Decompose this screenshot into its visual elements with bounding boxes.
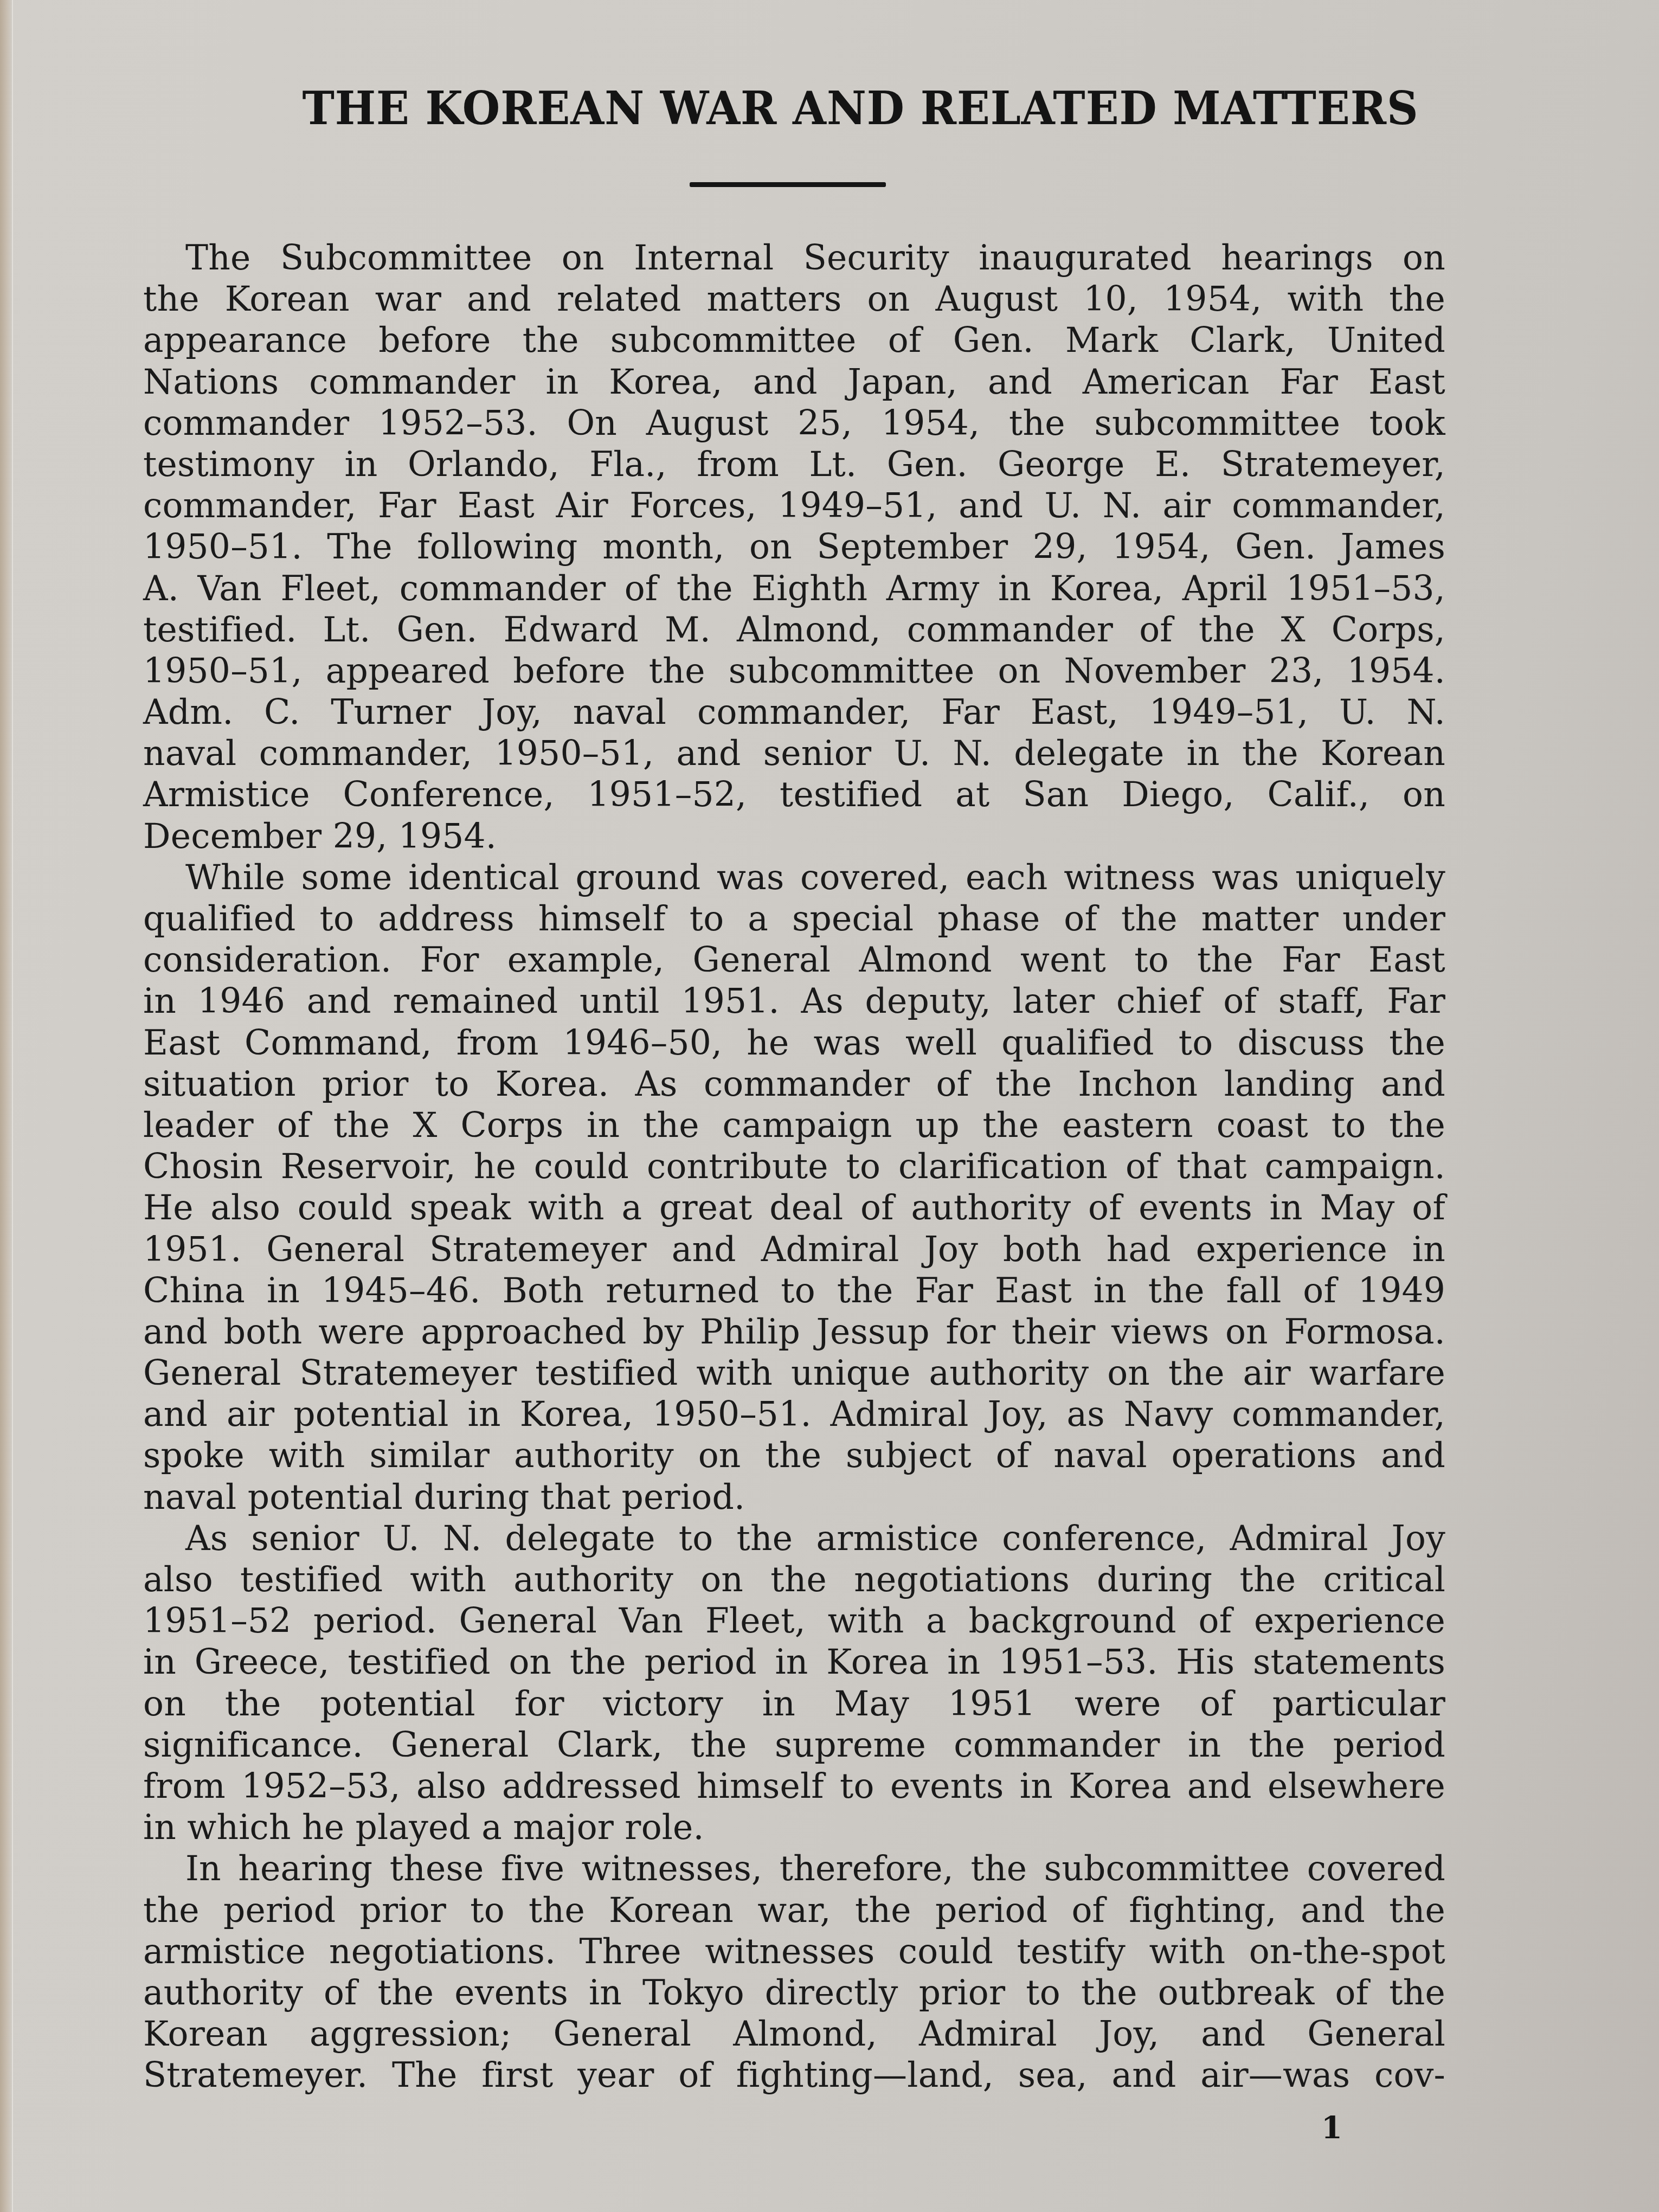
- page-number: 1: [1321, 2110, 1342, 2146]
- text-line: the period prior to the Korean war, the …: [143, 1890, 1445, 1931]
- text-line: appearance before the subcommittee of Ge…: [143, 320, 1445, 361]
- paragraph-2: While some identical ground was covered,…: [143, 857, 1445, 1518]
- text-line: situation prior to Korea. As commander o…: [143, 1064, 1445, 1105]
- text-line: naval potential during that period.: [143, 1477, 1445, 1518]
- document-page: THE KOREAN WAR AND RELATED MATTERS The S…: [0, 0, 1659, 2212]
- text-line: The Subcommittee on Internal Security in…: [143, 237, 1445, 279]
- text-line: naval commander, 1950–51, and senior U. …: [143, 733, 1445, 774]
- text-line: testimony in Orlando, Fla., from Lt. Gen…: [143, 444, 1445, 485]
- text-line: consideration. For example, General Almo…: [143, 940, 1445, 981]
- text-line: in Greece, testified on the period in Ko…: [143, 1642, 1445, 1683]
- text-line: the Korean war and related matters on Au…: [143, 279, 1445, 320]
- text-line: Stratemeyer. The first year of fighting—…: [143, 2055, 1445, 2096]
- text-line: East Command, from 1946–50, he was well …: [143, 1023, 1445, 1064]
- text-line: A. Van Fleet, commander of the Eighth Ar…: [143, 568, 1445, 609]
- text-line: authority of the events in Tokyo directl…: [143, 1972, 1445, 2014]
- text-line: on the potential for victory in May 1951…: [143, 1683, 1445, 1725]
- title-rule-divider: [690, 182, 886, 187]
- text-line: and air potential in Korea, 1950–51. Adm…: [143, 1394, 1445, 1435]
- text-line: commander, Far East Air Forces, 1949–51,…: [143, 485, 1445, 526]
- paragraph-1: The Subcommittee on Internal Security in…: [143, 237, 1445, 857]
- paragraph-3: As senior U. N. delegate to the armistic…: [143, 1518, 1445, 1849]
- text-line: Nations commander in Korea, and Japan, a…: [143, 362, 1445, 403]
- page-title: THE KOREAN WAR AND RELATED MATTERS: [42, 81, 1618, 135]
- text-line: spoke with similar authority on the subj…: [143, 1435, 1445, 1476]
- text-line: Adm. C. Turner Joy, naval commander, Far…: [143, 692, 1445, 733]
- text-line: General Stratemeyer testified with uniqu…: [143, 1353, 1445, 1394]
- text-line: qualified to address himself to a specia…: [143, 898, 1445, 940]
- text-line: in 1946 and remained until 1951. As depu…: [143, 981, 1445, 1022]
- text-line: and both were approached by Philip Jessu…: [143, 1311, 1445, 1353]
- text-line: armistice negotiations. Three witnesses …: [143, 1931, 1445, 1972]
- text-line: 1950–51. The following month, on Septemb…: [143, 526, 1445, 568]
- text-line: 1951. General Stratemeyer and Admiral Jo…: [143, 1229, 1445, 1270]
- page-edge: [0, 0, 13, 2212]
- text-line: 1951–52 period. General Van Fleet, with …: [143, 1600, 1445, 1642]
- text-line: December 29, 1954.: [143, 816, 1445, 857]
- text-line: significance. General Clark, the supreme…: [143, 1725, 1445, 1766]
- text-line: He also could speak with a great deal of…: [143, 1187, 1445, 1229]
- text-line: in which he played a major role.: [143, 1807, 1445, 1848]
- text-line: leader of the X Corps in the campaign up…: [143, 1105, 1445, 1146]
- text-line: China in 1945–46. Both returned to the F…: [143, 1270, 1445, 1311]
- text-line: As senior U. N. delegate to the armistic…: [143, 1518, 1445, 1559]
- text-line: Armistice Conference, 1951–52, testified…: [143, 774, 1445, 815]
- text-line: While some identical ground was covered,…: [143, 857, 1445, 898]
- text-line: Chosin Reservoir, he could contribute to…: [143, 1146, 1445, 1187]
- text-line: also testified with authority on the neg…: [143, 1559, 1445, 1600]
- text-line: testified. Lt. Gen. Edward M. Almond, co…: [143, 609, 1445, 651]
- text-line: commander 1952–53. On August 25, 1954, t…: [143, 403, 1445, 444]
- paragraph-4: In hearing these five witnesses, therefo…: [143, 1848, 1445, 2096]
- text-line: In hearing these five witnesses, therefo…: [143, 1848, 1445, 1889]
- body-text: The Subcommittee on Internal Security in…: [143, 237, 1445, 2096]
- text-line: 1950–51, appeared before the subcommitte…: [143, 651, 1445, 692]
- text-line: Korean aggression; General Almond, Admir…: [143, 2014, 1445, 2055]
- text-line: from 1952–53, also addressed himself to …: [143, 1766, 1445, 1807]
